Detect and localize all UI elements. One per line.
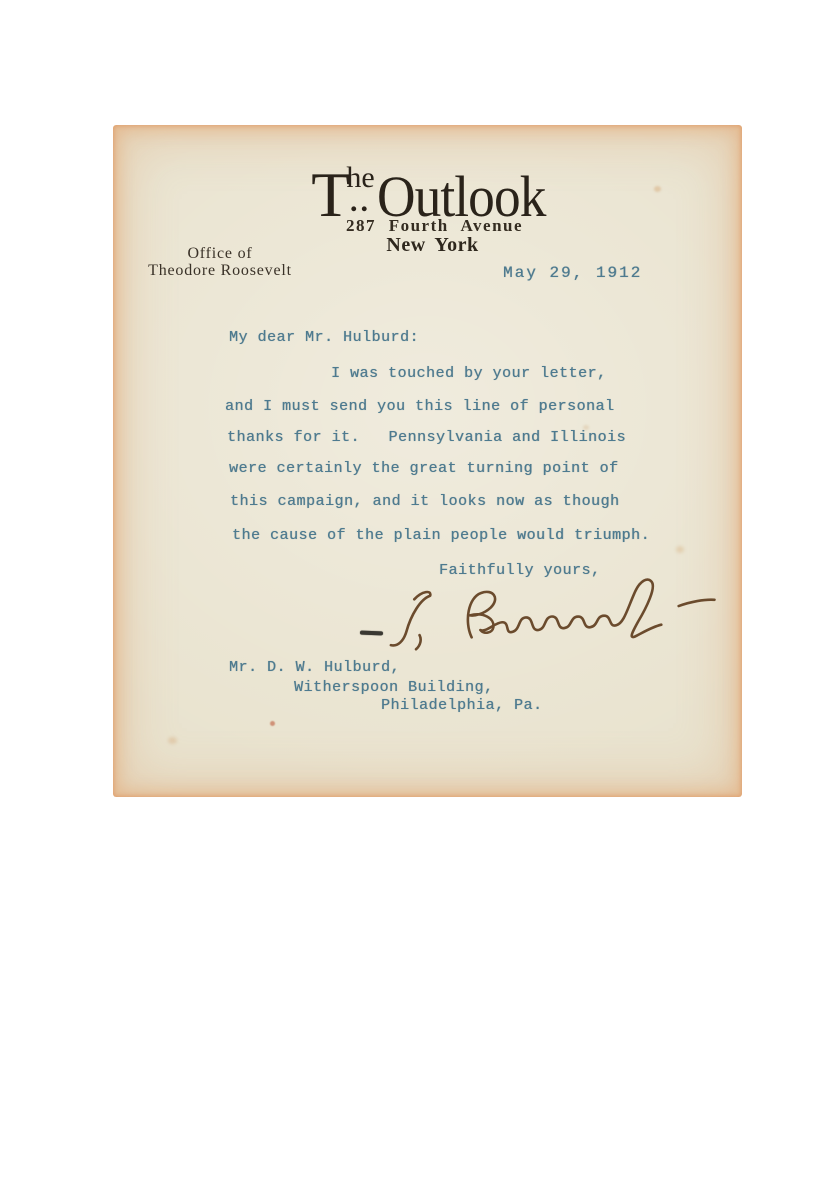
office-of-block: Office of Theodore Roosevelt (135, 245, 305, 279)
body-line: this campaign, and it looks now as thoug… (230, 493, 620, 510)
signature-stroke-surname (467, 579, 662, 643)
body-line: the cause of the plain people would triu… (232, 527, 650, 544)
body-line: and I must send you this line of persona… (225, 398, 615, 415)
signature-stroke-dash (678, 600, 714, 607)
foxing-spot (676, 546, 684, 553)
salutation: My dear Mr. Hulburd: (229, 329, 419, 346)
signature-handwriting: T. Roosevelt (348, 566, 729, 669)
foxing-spot (168, 737, 177, 744)
body-line: thanks for it. Pennsylvania and Illinois (227, 429, 626, 446)
recipient-line: Mr. D. W. Hulburd, (229, 659, 400, 676)
office-of-line: Office of (135, 245, 305, 262)
masthead-he-stack: he.. (346, 165, 374, 201)
recipient-line: Philadelphia, Pa. (381, 697, 543, 714)
foxing-spot (270, 721, 275, 726)
masthead-abbreviation-dots: .. (350, 197, 371, 207)
office-name-line: Theodore Roosevelt (135, 262, 305, 279)
recipient-line: Witherspoon Building, (294, 679, 494, 696)
signature-stroke-initial (389, 592, 432, 646)
scanned-letter-sheet: The..Outlook 287 Fourth Avenue New York … (113, 125, 742, 797)
date-line: May 29, 1912 (503, 264, 642, 282)
typed-dash-mark (360, 631, 383, 636)
signature-stroke-comma (416, 635, 421, 649)
body-line: were certainly the great turning point o… (229, 460, 619, 477)
foxing-spot (654, 186, 661, 192)
street-address: 287 Fourth Avenue (113, 216, 742, 236)
foxing-spot (583, 425, 589, 430)
body-line: I was touched by your letter, (331, 365, 607, 382)
